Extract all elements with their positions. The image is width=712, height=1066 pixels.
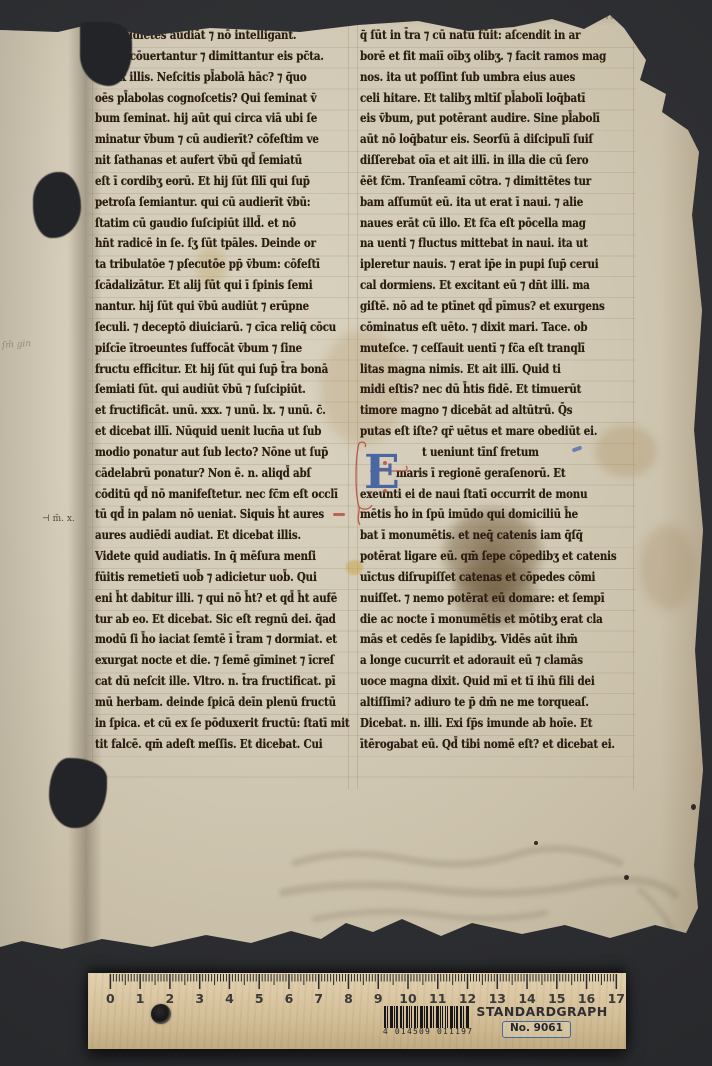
manuscript-line: ſemiati ſūt. qui audiūt v̄bū ⁊ ſuſcipiūt… <box>95 381 307 402</box>
ruler-number: 3 <box>190 991 210 1006</box>
manuscript-line: modū ſi h̄o iaciat ſemtē ī t̄ram ⁊ dormi… <box>95 631 307 652</box>
manuscript-line: Dicebat. n. illi. Exi ſp̄s imunde ab hoī… <box>360 715 580 736</box>
text-column-right: q̄ ſūt in t̄ra ⁊ cū natū fūit: aſcendit … <box>360 27 628 757</box>
manuscript-line: petroſa ſemiantur. qui cū audierīt v̄bū: <box>95 194 307 215</box>
manuscript-line: eſt ī cordibʒ eorū. Et hij ſūt ſilī qui … <box>95 173 307 194</box>
manuscript-line: diſſerebat oīa et ait illī. in illa die … <box>360 152 580 173</box>
manuscript-line: ta tribulatōe ⁊ pſecutōe pp̄ v̄bum: cōfe… <box>95 256 307 277</box>
manuscript-line: ipleretur nauis. ⁊ erat ip̄e in pupi ſup… <box>360 256 580 277</box>
ruler-number: 4 <box>219 991 239 1006</box>
manuscript-line: cal dormiens. Et excitant eū ⁊ dn̄t illi… <box>360 277 580 298</box>
illuminated-initial-e: E <box>350 441 424 537</box>
ruler-number: 9 <box>368 991 388 1006</box>
manuscript-line: fūitis remetietī uob̄ ⁊ adicietur uob̄. … <box>95 569 307 590</box>
manuscript-line: ſeculi. ⁊ deceptō diuiciarū. ⁊ cīca reli… <box>95 319 307 340</box>
manuscript-line: altiſſimi? adiuro te p̄ dm̄ ne me torque… <box>360 694 580 715</box>
manuscript-line: eis v̄bum, put potērant audire. Sine pl̄… <box>360 110 580 131</box>
ruling-vertical-line <box>92 25 93 789</box>
manuscript-line: cōditū qd̄ nō manifeſtetur. nec fc̄m eſt… <box>95 486 307 507</box>
parchment-stain <box>640 525 695 610</box>
manuscript-line: nantur. hij ſūt qui v̄bū audiūt ⁊ erūpne <box>95 298 307 319</box>
manuscript-line: litas magna nimis. Et ait illī. Quid ti <box>360 361 580 382</box>
manuscript-line: celi hitare. Et talibʒ mltīſ pl̄abolī lo… <box>360 90 580 111</box>
manuscript-line: ēēt fc̄m. Tranſeamī cōtra. ⁊ dimittētes … <box>360 173 580 194</box>
ruler-tick-marks <box>88 973 626 992</box>
manuscript-line: bum ſeminat. hij aūt qui circa viā ubi ſ… <box>95 110 307 131</box>
ink-speck <box>691 804 696 810</box>
manuscript-line: oēs pl̄abolas cognoſcetis? Qui ſeminat v… <box>95 90 307 111</box>
manuscript-line: nuiſſet. ⁊ nemo potērat eū domare: et ſe… <box>360 590 580 611</box>
ruler-hole <box>151 1004 171 1024</box>
ruler-model-label: No. 9061 <box>502 1021 571 1038</box>
manuscript-line: cōminatus eſt uēto. ⁊ dixit mari. Tace. … <box>360 319 580 340</box>
manuscript-line: tū qd̄ in palam nō ueniat. Siquis h̄t au… <box>95 506 307 527</box>
manuscript-line: exurgat nocte et die. ⁊ ſemē gīminet ⁊ ī… <box>95 652 307 673</box>
ruling-vertical-line <box>633 25 634 789</box>
manuscript-line: na uenti ⁊ fluctus mittebat in naui. ita… <box>360 235 580 256</box>
manuscript-line: nit ſathanas et aufert v̄bū qd̄ ſemiatū <box>95 152 307 173</box>
ruler-number: 0 <box>100 991 120 1006</box>
manuscript-line: uīctus diſrupiſſet catenas et cōpedes cō… <box>360 569 580 590</box>
ruler-number: 5 <box>249 991 269 1006</box>
manuscript-line: cat dū neſcit ille. Vltro. n. t̄ra fruct… <box>95 673 307 694</box>
manuscript-line: q̄ ſūt in t̄ra ⁊ cū natū fūit: aſcendit … <box>360 27 580 48</box>
initial-letter: E <box>364 445 400 500</box>
manuscript-line: Videte quid audiatis. In q̄ mēſura menſi <box>95 548 307 569</box>
barcode <box>384 1006 470 1028</box>
margin-note: ſm̄ gin <box>2 339 32 351</box>
ruler-number: 7 <box>309 991 329 1006</box>
manuscript-line: eni h̄t dabitur illi. ⁊ qui nō h̄t? et q… <box>95 590 307 611</box>
manuscript-line: ītērogabat eū. Qd̄ tibi nomē eſt? et dic… <box>360 736 580 757</box>
manuscript-line: midi eſtis? nec dū h̄tis fidē. Et timuer… <box>360 381 580 402</box>
manuscript-line: die ac nocte ī monumētis et mōtibʒ erat … <box>360 611 580 632</box>
trimmed-text-remnant <box>390 14 510 21</box>
manuscript-line: uoce magna dixit. Quid mī et tī ihū fili… <box>360 673 580 694</box>
manuscript-line: borē et fit maiī oībʒ olibʒ. ⁊ facit ram… <box>360 48 580 69</box>
ruler-number: 10 <box>398 991 418 1006</box>
manuscript-line: nos. ita ut poſſint ſub umbra eius aues <box>360 69 580 90</box>
manuscript-line: a longe cucurrit et adorauit eū ⁊ clamās <box>360 652 580 673</box>
text-column-left: audiētes audiāt ⁊ nō intelligant.ne qn̄ … <box>95 27 353 757</box>
manuscript-line: et fructificāt. unū. xxx. ⁊ unū. lx. ⁊ u… <box>95 402 307 423</box>
ghost-offset-writing <box>280 835 690 950</box>
ruler-number: 8 <box>338 991 358 1006</box>
barcode-digits: 4 014509 011197 <box>378 1027 478 1036</box>
trimmed-text-remnant <box>104 16 346 23</box>
manuscript-line: hn̄t radicē in ſe. ſʒ ſūt tpāles. Deinde… <box>95 235 307 256</box>
red-line-filler <box>333 513 345 516</box>
ink-speck <box>534 841 538 845</box>
manuscript-line: ſtatim cū gaudio ſuſcipiūt illd̄. et nō <box>95 215 307 236</box>
manuscript-line: mās et cedēs ſe lapidibʒ. Vidēs aūt ihm̄ <box>360 631 580 652</box>
manuscript-line: potērat ligare eū. qm̄ ſepe cōpedibʒ et … <box>360 548 580 569</box>
photo-stage: audiētes audiāt ⁊ nō intelligant.ne qn̄ … <box>0 0 712 1066</box>
parchment-leaf: audiētes audiāt ⁊ nō intelligant.ne qn̄ … <box>0 0 712 1066</box>
manuscript-line: mū herbam. deinde ſpicā deīn plenū fruct… <box>95 694 307 715</box>
ink-speck <box>624 875 629 880</box>
manuscript-line: tit falcē. qm̄ adeſt meſſis. Et dicebat.… <box>95 736 307 757</box>
manuscript-line: piſcīe ītroeuntes ſuffocāt v̄bum ⁊ ſine <box>95 340 307 361</box>
margin-note: ⊣ m̄. x. <box>42 514 75 524</box>
ruler-brand-label: STANDARDGRAPH <box>472 1004 612 1019</box>
manuscript-line: tur ab eo. Et dicebat. Sic eſt regnū dei… <box>95 611 307 632</box>
ruler-number: 11 <box>428 991 448 1006</box>
manuscript-line: giſtē. nō ad te ptīnet qd̄ pīmus? et exu… <box>360 298 580 319</box>
manuscript-line: fructu efficitur. Et hij ſūt qui ſup̄ t̄… <box>95 361 307 382</box>
trimmed-text-remnant <box>556 12 616 19</box>
ruler-number: 6 <box>279 991 299 1006</box>
ruler: 01234567891011121314151617 4 014509 0111… <box>88 973 626 1049</box>
manuscript-line: bam aſſumūt eū. ita ut erat ī naui. ⁊ al… <box>360 194 580 215</box>
manuscript-line: muteſce. ⁊ ceſſauit uentī ⁊ fc̄a eſt tra… <box>360 340 580 361</box>
manuscript-line: et dicebat illī. Nūquid uenit lucn̄a ut … <box>95 423 307 444</box>
manuscript-line: cādelabrū ponatur? Non ē. n. aliqd̄ abſ <box>95 465 307 486</box>
manuscript-line: ſcādalizātur. Et alij ſūt qui ī ſpinis ſ… <box>95 277 307 298</box>
manuscript-line: aūt nō loq̄batur eis. Seorſū ā diſcipulī… <box>360 131 580 152</box>
manuscript-line: modio ponatur aut ſub lecto? Nōne ut ſup… <box>95 444 307 465</box>
ruler-number: 1 <box>130 991 150 1006</box>
manuscript-line: in ſpica. et cū ex ſe pōduxerit fructū: … <box>95 715 307 736</box>
manuscript-line: timore magno ⁊ dicebāt ad altūtrū. Q̄s <box>360 402 580 423</box>
manuscript-line: naues erāt cū illo. Et fc̄a eſt pōcella … <box>360 215 580 236</box>
manuscript-line: minatur v̄bum ⁊ cū audierīt? cōfeſtim ve <box>95 131 307 152</box>
parchment-hole <box>80 22 132 86</box>
manuscript-line: aures audiēdi audiat. Et dicebat illis. <box>95 527 307 548</box>
